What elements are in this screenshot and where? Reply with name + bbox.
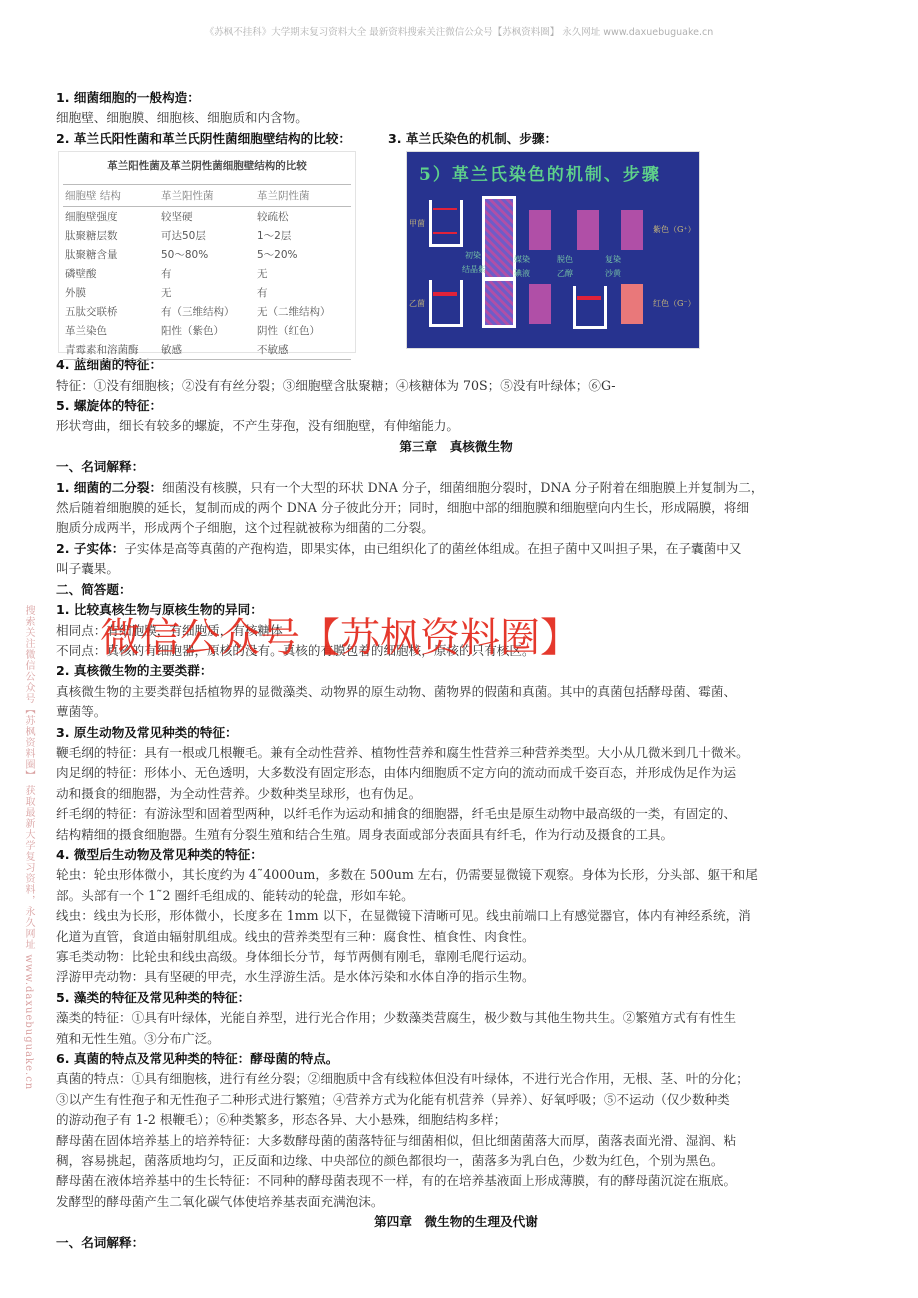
- step-label: 复染: [605, 254, 621, 265]
- cell: 敏感: [159, 340, 255, 360]
- cell: 较坚硬: [159, 207, 255, 227]
- question-heading: 6. 真菌的特点及常见种类的特征：酵母菌的特点。: [56, 1049, 856, 1069]
- section-heading: 一、名词解释：: [56, 457, 856, 477]
- purple-block: [529, 284, 551, 324]
- cell: 有（三维结构）: [159, 302, 255, 321]
- term-text: 子实体是高等真菌的产孢构造，即果实体，由已组织化了的菌丝体组成。在担子菌中又叫担…: [124, 541, 741, 556]
- step-label: 碘液: [514, 268, 530, 279]
- paragraph: 鞭毛纲的特征：具有一根或几根鞭毛。兼有全动性营养、植物性营养和腐生性营养三种营养…: [56, 743, 856, 763]
- figures-row: 革兰阳性菌及革兰阴性菌细胞壁结构的比较 细胞壁 结构 革兰阳性菌 革兰阴性菌 细…: [56, 151, 856, 351]
- paragraph: 酵母菌在液体培养基中的生长特征：不同种的酵母菌表现不一样，有的在培养基液面上形成…: [56, 1171, 856, 1191]
- step-label: 脱色: [557, 254, 573, 265]
- table-row: 肽聚糖含量50～80%5～20%: [63, 245, 351, 264]
- term-text: 细菌没有核膜，只有一个大型的环状 DNA 分子，细菌细胞分裂时，DNA 分子附着…: [162, 480, 763, 495]
- paragraph: 蕈菌等。: [56, 702, 856, 722]
- question-heading: 4. 微型后生动物及常见种类的特征：: [56, 845, 856, 865]
- paragraph: 形状弯曲，细长有较多的螺旋，不产生芽孢，没有细胞壁，有伸缩能力。: [56, 416, 856, 436]
- question-heading: 2. 真核微生物的主要类群：: [56, 661, 856, 681]
- cell: 50～80%: [159, 245, 255, 264]
- paragraph: 肉足纲的特征：形体小、无色透明，大多数没有固定形态，由体内细胞质不定方向的流动而…: [56, 763, 856, 783]
- step-label: 乙醇: [557, 268, 573, 279]
- red-block: [621, 284, 643, 324]
- paragraph: 发酵型的酵母菌产生二氧化碳气体使培养基表面充满泡沫。: [56, 1192, 856, 1212]
- cell: 不敏感: [255, 340, 351, 360]
- cell: 细胞壁强度: [63, 207, 159, 227]
- purple-block: [621, 210, 643, 250]
- table-row: 五肽交联桥有（三维结构）无（二维结构）: [63, 302, 351, 321]
- chapter-title: 第三章 真核微生物: [56, 437, 856, 457]
- heading-spirochete: 5. 螺旋体的特征：: [56, 396, 856, 416]
- document-body: 1. 细菌细胞的一般构造： 细胞壁、细胞膜、细胞核、细胞质和内含物。 2. 革兰…: [56, 88, 856, 1253]
- paragraph: 然后随着细胞膜的延长，复制而成的两个 DNA 分子彼此分开；同时，细胞中部的细胞…: [56, 498, 856, 518]
- paragraph: 细胞壁、细胞膜、细胞核、细胞质和内含物。: [56, 108, 856, 128]
- cell: 阴性（红色）: [255, 321, 351, 340]
- table-row: 磷壁酸有无: [63, 264, 351, 283]
- slide-label: 甲菌: [409, 218, 425, 229]
- tube-icon: [429, 280, 463, 327]
- table-row: 细胞壁强度较坚硬较疏松: [63, 207, 351, 227]
- cell: 青霉素和溶菌酶: [63, 340, 159, 360]
- paragraph: 线虫：线虫为长形，形体微小，长度多在 1mm 以下，在显微镜下清晰可见。线虫前端…: [56, 906, 856, 926]
- paragraph: 浮游甲壳动物：具有坚硬的甲壳，水生浮游生活。是水体污染和水体自净的指示生物。: [56, 967, 856, 987]
- table-row: 肽聚糖层数可达50层1～2层: [63, 226, 351, 245]
- stain-band: [577, 296, 601, 300]
- center-watermark: 微信公众号【苏枫资料圈】: [100, 606, 580, 663]
- paragraph: 酵母菌在固体培养基上的培养特征：大多数酵母菌的菌落特征与细菌相似，但比细菌菌落大…: [56, 1131, 856, 1151]
- paragraph: ③以产生有性孢子和无性孢子二种形式进行繁殖；④营养方式为化能有机营养（异养）、好…: [56, 1090, 856, 1110]
- paragraph: 胞质分成两半，形成两个子细胞，这个过程就被称为细菌的二分裂。: [56, 518, 856, 538]
- paragraph: 稠，容易挑起，菌落质地均匀，正反面和边缘、中央部位的颜色都很均一，菌落多为乳白色…: [56, 1151, 856, 1171]
- tube-icon: [482, 196, 516, 280]
- table-header: 细胞壁 结构: [63, 185, 159, 207]
- cell: 五肽交联桥: [63, 302, 159, 321]
- question-heading: 5. 藻类的特征及常见种类的特征：: [56, 988, 856, 1008]
- stain-band: [433, 208, 457, 210]
- paragraph: 真核微生物的主要类群包括植物界的显微藻类、动物界的原生动物、菌物界的假菌和真菌。…: [56, 682, 856, 702]
- table-row: 革兰染色阳性（紫色）阴性（红色）: [63, 321, 351, 340]
- cell: 肽聚糖含量: [63, 245, 159, 264]
- cell: 有: [159, 264, 255, 283]
- table-header: 革兰阳性菌: [159, 185, 255, 207]
- cell: 无: [255, 264, 351, 283]
- slide-title: 5）革兰氏染色的机制、步骤: [419, 160, 661, 185]
- cell: 磷壁酸: [63, 264, 159, 283]
- gram-comparison-table: 细胞壁 结构 革兰阳性菌 革兰阴性菌 细胞壁强度较坚硬较疏松 肽聚糖层数可达50…: [63, 184, 351, 360]
- cell: 阳性（紫色）: [159, 321, 255, 340]
- figure-headings: 2. 革兰氏阳性菌和革兰氏阴性菌细胞壁结构的比较： 3. 革兰氏染色的机制、步骤…: [56, 129, 856, 149]
- paragraph: 化道为直管，食道由辐射肌组成。线虫的营养类型有三种：腐食性、植食性、肉食性。: [56, 927, 856, 947]
- cell: 肽聚糖层数: [63, 226, 159, 245]
- result-label: 紫色（G⁺）: [653, 224, 696, 235]
- paragraph: 藻类的特征：①具有叶绿体，光能自养型，进行光合作用；少数藻类营腐生，极少数与其他…: [56, 1008, 856, 1028]
- result-label: 红色（G⁻）: [653, 298, 696, 309]
- cell: 5～20%: [255, 245, 351, 264]
- table-caption: 革兰阳性菌及革兰阴性菌细胞壁结构的比较: [59, 152, 355, 184]
- heading-gram-stain: 3. 革兰氏染色的机制、步骤：: [388, 129, 557, 149]
- cell: 外膜: [63, 283, 159, 302]
- cell: 无（二维结构）: [255, 302, 351, 321]
- step-label: 媒染: [514, 254, 530, 265]
- paragraph: 殖和无性生殖。③分布广泛。: [56, 1029, 856, 1049]
- gram-stain-slide-image: 5）革兰氏染色的机制、步骤 甲菌 乙菌 紫色（G⁺） 初染 结晶紫 媒染 碘液 …: [406, 151, 700, 349]
- paragraph: 特征：①没有细胞核；②没有有丝分裂；③细胞壁含肽聚糖；④核糖体为 70S；⑤没有…: [56, 376, 856, 396]
- purple-block: [577, 210, 599, 250]
- page-header-watermark: 《苏枫不挂科》大学期末复习资料大全 最新资料搜索关注微信公众号【苏枫资料圈】 永…: [0, 24, 918, 38]
- tube-icon: [573, 286, 607, 329]
- cell: 无: [159, 283, 255, 302]
- cell: 可达50层: [159, 226, 255, 245]
- side-watermark: 搜索关注微信公众号【苏枫资料圈】 获取最新大学复习资料，永久网址 www.dax…: [22, 605, 36, 1090]
- stain-band: [433, 292, 457, 296]
- paragraph: 的游动孢子有 1-2 根鞭毛）；⑥种类繁多，形态各异、大小悬殊，细胞结构多样；: [56, 1110, 856, 1130]
- cell: 有: [255, 283, 351, 302]
- paragraph: 2. 子实体：子实体是高等真菌的产孢构造，即果实体，由已组织化了的菌丝体组成。在…: [56, 539, 856, 559]
- chapter-title: 第四章 微生物的生理及代谢: [56, 1212, 856, 1232]
- paragraph: 部。头部有一个 1˜2 圈纤毛组成的、能转动的轮盘，形如车轮。: [56, 886, 856, 906]
- table-header: 革兰阴性菌: [255, 185, 351, 207]
- paragraph: 叫子囊果。: [56, 559, 856, 579]
- heading-bacteria-structure: 1. 细菌细胞的一般构造：: [56, 88, 856, 108]
- table-row: 青霉素和溶菌酶敏感不敏感: [63, 340, 351, 360]
- purple-block: [529, 210, 551, 250]
- tube-icon: [482, 278, 516, 328]
- table-row: 外膜无有: [63, 283, 351, 302]
- stain-band: [433, 232, 457, 234]
- gram-comparison-table-image: 革兰阳性菌及革兰阴性菌细胞壁结构的比较 细胞壁 结构 革兰阳性菌 革兰阴性菌 细…: [58, 151, 356, 353]
- section-heading: 一、名词解释：: [56, 1233, 856, 1253]
- heading-gram-compare: 2. 革兰氏阳性菌和革兰氏阴性菌细胞壁结构的比较：: [56, 129, 388, 149]
- term-label: 2. 子实体：: [56, 541, 124, 556]
- paragraph: 寡毛类动物：比轮虫和线虫高级。身体细长分节，每节两侧有刚毛，靠刚毛爬行运动。: [56, 947, 856, 967]
- paragraph: 结构精细的摄食细胞器。生殖有分裂生殖和结合生殖。周身表面或部分表面具有纤毛，作为…: [56, 825, 856, 845]
- paragraph: 真菌的特点：①具有细胞核，进行有丝分裂；②细胞质中含有线粒体但没有叶绿体，不进行…: [56, 1069, 856, 1089]
- step-label: 沙黄: [605, 268, 621, 279]
- paragraph: 纤毛纲的特征：有游泳型和固着型两种，以纤毛作为运动和捕食的细胞器，纤毛虫是原生动…: [56, 804, 856, 824]
- term-label: 1. 细菌的二分裂：: [56, 480, 162, 495]
- paragraph: 轮虫：轮虫形体微小，其长度约为 4˜4000um，多数在 500um 左右，仍需…: [56, 865, 856, 885]
- slide-label: 乙菌: [409, 298, 425, 309]
- paragraph: 1. 细菌的二分裂：细菌没有核膜，只有一个大型的环状 DNA 分子，细菌细胞分裂…: [56, 478, 856, 498]
- cell: 较疏松: [255, 207, 351, 227]
- step-label: 初染: [465, 250, 481, 261]
- step-label: 结晶紫: [462, 264, 486, 275]
- cell: 1～2层: [255, 226, 351, 245]
- question-heading: 3. 原生动物及常见种类的特征：: [56, 723, 856, 743]
- paragraph: 动和摄食的细胞器，为全动性营养。少数种类呈球形，也有伪足。: [56, 784, 856, 804]
- section-heading: 二、简答题：: [56, 580, 856, 600]
- cell: 革兰染色: [63, 321, 159, 340]
